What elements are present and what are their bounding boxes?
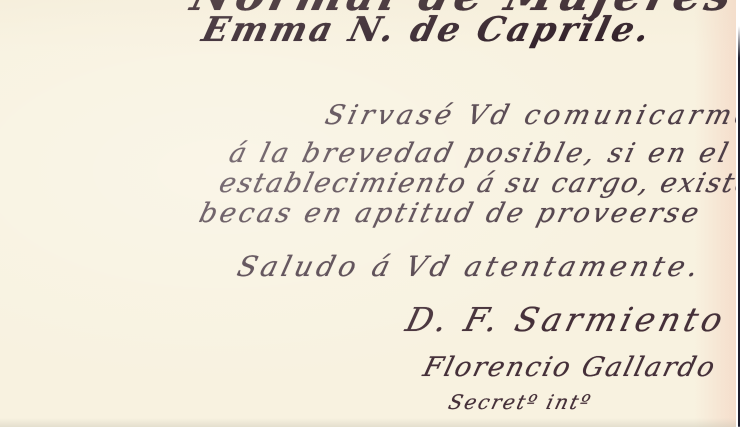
- page-edge-line: [738, 26, 740, 427]
- body-line-4: becas en aptitud de proveerse: [196, 198, 705, 229]
- recipient-name: Emma N. de Caprile.: [198, 10, 657, 50]
- scanned-letter: Normal de Mujeres á Emma N. de Caprile. …: [0, 0, 747, 427]
- signature-gallardo: Florencio Gallardo: [420, 352, 720, 383]
- body-line-2: á la brevedad posible, si en el: [226, 138, 734, 169]
- body-line-1: Sirvasé Vd comunicarme: [322, 100, 747, 131]
- signature-secretary-title: Secretº intº: [446, 390, 595, 414]
- paper-bottom-edge: [0, 418, 736, 427]
- letter-paper: Normal de Mujeres á Emma N. de Caprile. …: [0, 0, 736, 427]
- closing-line: Saludo á Vd atentamente.: [234, 250, 706, 283]
- signature-sarmiento: D. F. Sarmiento: [402, 300, 731, 339]
- body-line-3: establecimiento á su cargo, existen: [216, 168, 747, 199]
